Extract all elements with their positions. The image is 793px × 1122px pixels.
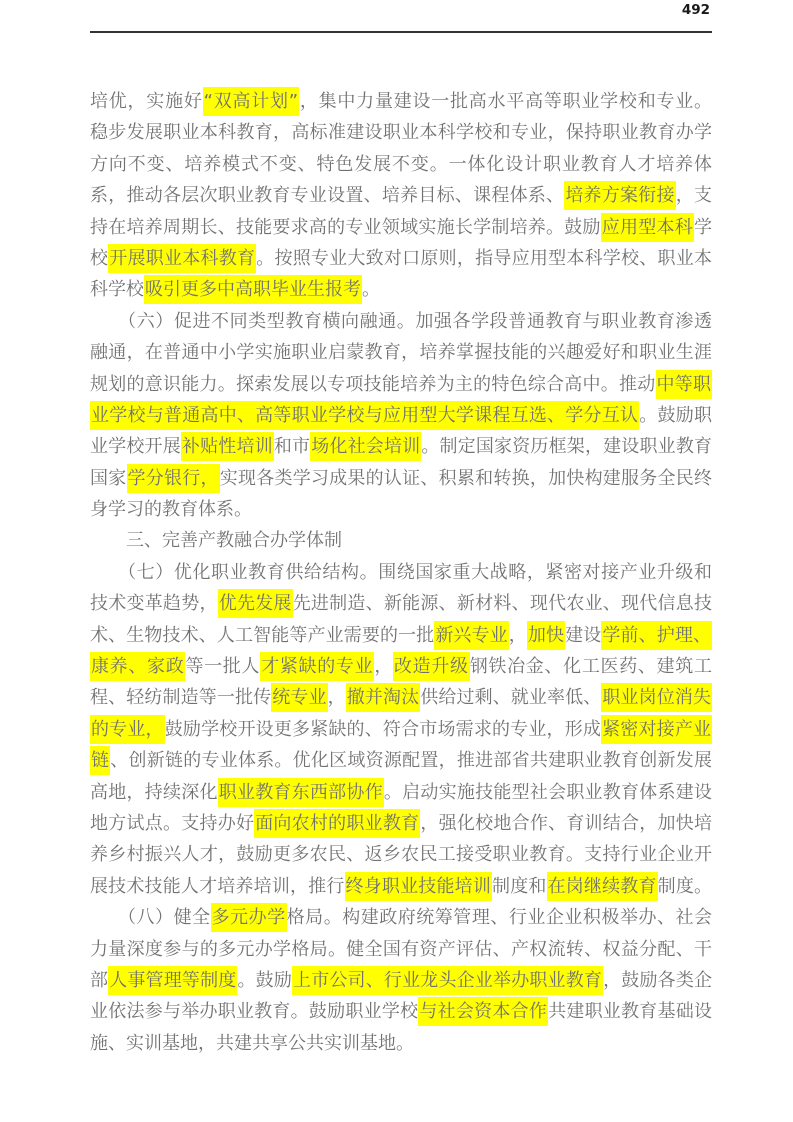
body-text-segment: 科学校 [90,279,144,300]
highlighted-text: 撤并淘汰 [346,683,420,712]
body-text-segment: 、创新链的专业体系。优化区域资源配置，推进部省共建职业教育创新发展 [110,750,712,771]
highlighted-text: 终身职业技能培训 [345,872,492,901]
text-line: 施、实训基地，共建共享公共实训基地。 [90,1028,712,1059]
highlighted-text: 培养方案衔接 [564,181,675,210]
highlighted-text: 人事管理等制度 [108,966,237,995]
highlighted-text: 业学校与普通高中、高等职业学校与应用型大学课程互选、学分互认 [90,401,639,430]
text-line: 系，推动各层次职业教育专业设置、培养目标、课程体系、培养方案衔接，支 [90,180,712,211]
body-text-segment: 养乡村振兴人才，鼓励更多农民、返乡农民工接受职业教育。支持行业企业开 [90,844,712,865]
text-line: 技术变革趋势，优先发展先进制造、新能源、新材料、现代农业、现代信息技 [90,588,712,619]
body-text-segment: 施、实训基地，共建共享公共实训基地。 [90,1033,414,1054]
highlighted-text: 上市公司、行业龙头企业举办职业教育 [292,966,603,995]
body-text-segment: ，强化校地合作、育训结合，加快培 [420,813,712,834]
highlighted-text: 场化社会培训 [310,432,421,461]
body-text-segment: 钢铁冶金、化工医药、建筑工 [470,656,712,677]
text-line: （六）促进不同类型教育横向融通。加强各学段普通教育与职业教育渗透 [90,306,712,337]
body-text-segment: ， [509,625,527,646]
text-line: 科学校吸引更多中高职毕业生报考。 [90,274,712,305]
body-text-segment: 身学习的教育体系。 [90,499,252,520]
body-text-segment: ， [328,687,346,708]
highlighted-text: 的专业， [90,715,165,744]
body-text-segment: 稳步发展职业本科教育，高标准建设职业本科学校和专业，保持职业教育办学 [90,122,712,143]
text-line: 方向不变、培养模式不变、特色发展不变。一体化设计职业教育人才培养体 [90,149,712,180]
body-text-segment: （六）促进不同类型教育横向融通。加强各学段普通教育与职业教育渗透 [90,311,712,332]
text-line: 持在培养周期长、技能要求高的专业领域实施长学制培养。鼓励应用型本科学 [90,212,712,243]
body-text-segment: ，支 [676,185,712,206]
text-line: 融通，在普通中小学实施职业启蒙教育，培养掌握技能的兴趣爱好和职业生涯 [90,337,712,368]
body-text-segment: 规划的意识能力。探索发展以专项技能培养为主的特色综合高中。推动 [90,374,656,395]
text-line: （八）健全多元办学格局。构建政府统筹管理、行业企业积极举办、社会 [90,902,712,933]
highlighted-text: 康养、家政 [90,652,185,681]
text-line: 的专业，鼓励学校开设更多紧缺的、符合市场需求的专业，形成紧密对接产业 [90,714,712,745]
highlighted-text: 才紧缺的专业 [260,652,374,681]
text-line: 国家学分银行，实现各类学习成果的认证、积累和转换，加快构建服务全民终 [90,463,712,494]
highlighted-text: 统专业 [271,683,327,712]
body-text-segment: 三、完善产教融合办学体制 [90,530,342,551]
document-body: 培优，实施好“双高计划”，集中力量建设一批高水平高等职业学校和专业。稳步发展职业… [90,86,712,1059]
body-text-segment: 术、生物技术、人工智能等产业需要的一批 [90,625,434,646]
text-line: 高地，持续深化职业教育东西部协作。启动实施技能型社会职业教育体系建设 [90,777,712,808]
text-line: 术、生物技术、人工智能等产业需要的一批新兴专业，加快建设学前、护理、 [90,620,712,651]
text-line: 培优，实施好“双高计划”，集中力量建设一批高水平高等职业学校和专业。 [90,86,712,117]
highlighted-text: 开展职业本科教育 [108,244,256,273]
body-text-segment: 等一批人 [185,656,260,677]
body-text-segment: 。启动实施技能型社会职业教育体系建设 [384,782,712,803]
text-line: 力量深度参与的多元办学格局。健全国有资产评估、产权流转、权益分配、干 [90,934,712,965]
body-text-segment: 实现各类学习成果的认证、积累和转换，加快构建服务全民终 [220,468,712,489]
body-text-segment: 展技术技能人才培养培训，推行 [90,876,345,897]
body-text-segment: 培优，实施好 [90,91,203,112]
body-text-segment: ， [374,656,393,677]
highlighted-text: 紧密对接产业 [601,715,712,744]
highlighted-text: 面向农村的职业教育 [254,809,420,838]
body-text-segment: 地方试点。支持办好 [90,813,254,834]
body-text-segment: 。制定国家资历框架，建设职业教育 [421,436,712,457]
page-number: 492 [682,2,710,18]
highlighted-text: 补贴性培训 [181,432,274,461]
body-text-segment: 。鼓励职 [639,405,712,426]
body-text-segment: 鼓励学校开设更多紧缺的、符合市场需求的专业，形成 [165,719,601,740]
body-text-segment: 方向不变、培养模式不变、特色发展不变。一体化设计职业教育人才培养体 [90,154,712,175]
text-line: 链、创新链的专业体系。优化区域资源配置，推进部省共建职业教育创新发展 [90,745,712,776]
body-text-segment: 国家 [90,468,127,489]
text-line: 业学校与普通高中、高等职业学校与应用型大学课程互选、学分互认。鼓励职 [90,400,712,431]
body-text-segment: ，集中力量建设一批高水平高等职业学校和专业。 [299,91,712,112]
highlighted-text: 吸引更多中高职毕业生报考 [144,275,362,304]
body-text-segment: 。 [362,279,380,300]
text-line: 部人事管理等制度。鼓励上市公司、行业龙头企业举办职业教育，鼓励各类企 [90,965,712,996]
body-text-segment: 持在培养周期长、技能要求高的专业领域实施长学制培养。鼓励 [90,217,601,238]
highlighted-text: 学前、护理、 [601,621,712,650]
text-line: 身学习的教育体系。 [90,494,712,525]
body-text-segment: 系，推动各层次职业教育专业设置、培养目标、课程体系、 [90,185,564,206]
highlighted-text: 与社会资本合作 [418,997,548,1026]
body-text-segment: （七）优化职业教育供给结构。围绕国家重大战略，紧密对接产业升级和 [90,562,712,583]
body-text-segment: 制度。 [658,876,712,897]
highlighted-text: 职业教育东西部协作 [218,778,384,807]
text-line: 业依法参与举办职业教育。鼓励职业学校与社会资本合作共建职业教育基础设 [90,996,712,1027]
highlighted-text: 加快 [527,621,565,650]
body-text-segment: 校 [90,248,108,269]
highlighted-text: 应用型本科 [601,213,694,242]
body-text-segment: 建设 [565,625,601,646]
body-text-segment: 部 [90,970,108,991]
body-text-segment: ，鼓励各类企 [603,970,712,991]
body-text-segment: 格局。构建政府统筹管理、行业企业积极举办、社会 [287,907,712,928]
highlighted-text: 优先发展 [218,589,293,618]
body-text-segment: 技术变革趋势， [90,593,218,614]
text-line: 程、轻纺制造等一批传统专业，撤并淘汰供给过剩、就业率低、职业岗位消失 [90,682,712,713]
highlighted-text: 多元办学 [211,903,287,932]
text-line: 稳步发展职业本科教育，高标准建设职业本科学校和专业，保持职业教育办学 [90,117,712,148]
document-page: 492 培优，实施好“双高计划”，集中力量建设一批高水平高等职业学校和专业。稳步… [0,0,793,1122]
highlighted-text: 学分银行， [127,464,220,493]
body-text-segment: 和市 [274,436,310,457]
text-line: 业学校开展补贴性培训和市场化社会培训。制定国家资历框架，建设职业教育 [90,431,712,462]
body-text-segment: 。按照专业大致对口原则，指导应用型本科学校、职业本 [256,248,712,269]
body-text-segment: 力量深度参与的多元办学格局。健全国有资产评估、产权流转、权益分配、干 [90,939,712,960]
body-text-segment: 制度和 [492,876,547,897]
body-text-segment: 先进制造、新能源、新材料、现代农业、现代信息技 [293,593,712,614]
highlighted-text: “双高计划” [203,87,300,116]
body-text-segment: 共建职业教育基础设 [548,1001,712,1022]
body-text-segment: 高地，持续深化 [90,782,218,803]
body-text-segment: 。鼓励 [237,970,292,991]
text-line: 规划的意识能力。探索发展以专项技能培养为主的特色综合高中。推动中等职 [90,369,712,400]
text-line: 地方试点。支持办好面向农村的职业教育，强化校地合作、育训结合，加快培 [90,808,712,839]
highlighted-text: 改造升级 [393,652,470,681]
body-text-segment: （八）健全 [90,907,211,928]
highlighted-text: 在岗继续教育 [547,872,658,901]
body-text-segment: 供给过剩、就业率低、 [420,687,601,708]
text-line: 展技术技能人才培养培训，推行终身职业技能培训制度和在岗继续教育制度。 [90,871,712,902]
body-text-segment: 业学校开展 [90,436,181,457]
highlighted-text: 链 [90,746,110,775]
text-line: 三、完善产教融合办学体制 [90,525,712,556]
text-line: 校开展职业本科教育。按照专业大致对口原则，指导应用型本科学校、职业本 [90,243,712,274]
highlighted-text: 新兴专业 [434,621,508,650]
text-line: 养乡村振兴人才，鼓励更多农民、返乡农民工接受职业教育。支持行业企业开 [90,839,712,870]
text-line: （七）优化职业教育供给结构。围绕国家重大战略，紧密对接产业升级和 [90,557,712,588]
body-text-segment: 业依法参与举办职业教育。鼓励职业学校 [90,1001,418,1022]
highlighted-text: 职业岗位消失 [601,683,712,712]
body-text-segment: 融通，在普通中小学实施职业启蒙教育，培养掌握技能的兴趣爱好和职业生涯 [90,342,712,363]
header-rule [90,31,712,33]
body-text-segment: 程、轻纺制造等一批传 [90,687,271,708]
highlighted-text: 中等职 [656,370,713,399]
text-line: 康养、家政等一批人才紧缺的专业，改造升级钢铁冶金、化工医药、建筑工 [90,651,712,682]
body-text-segment: 学 [694,217,712,238]
